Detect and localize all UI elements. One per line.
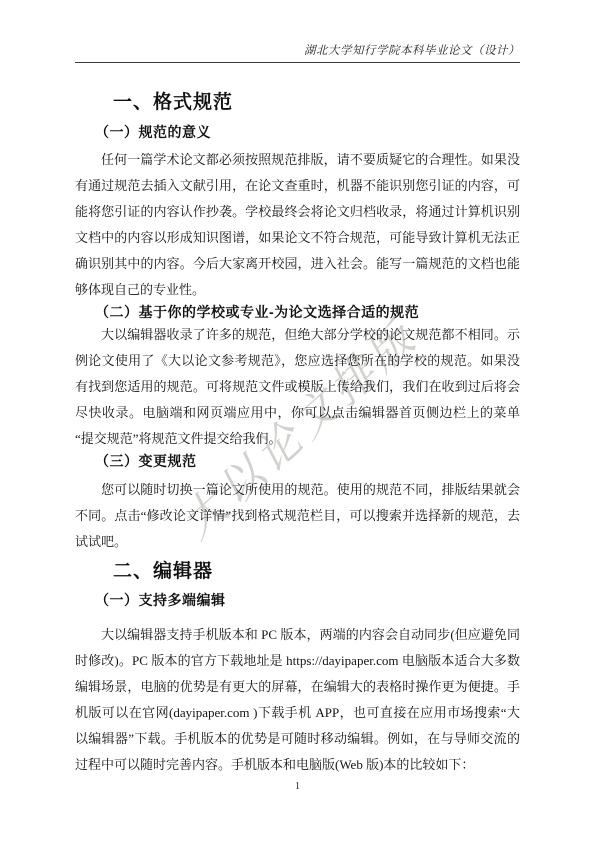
paragraph-change-spec: 您可以随时切换一篇论文所使用的规范。使用的规范不同，排版结果就会不同。点击“修改…: [75, 477, 520, 555]
page-number: 1: [295, 781, 300, 792]
heading-format-spec: 一、格式规范: [75, 91, 520, 115]
paragraph-spec-meaning: 任何一篇学术论文都必须按照规范排版，请不要质疑它的合理性。如果没有通过规范去插入…: [75, 147, 520, 303]
subheading-choose-spec: （二）基于你的学校或专业-为论文选择合适的规范: [75, 303, 520, 322]
paragraph-choose-spec: 大以编辑器收录了许多的规范，但绝大部分学校的论文规范都不相同。示例论文使用了《大…: [75, 322, 520, 452]
page-header: 湖北大学知行学院本科毕业论文（设计）: [75, 0, 520, 63]
page-footer: 1: [0, 776, 595, 794]
header-title: 湖北大学知行学院本科毕业论文（设计）: [304, 43, 520, 57]
heading-editor: 二、编辑器: [75, 560, 520, 584]
document-content: 湖北大学知行学院本科毕业论文（设计） 一、格式规范 （一）规范的意义 任何一篇学…: [75, 0, 520, 778]
subheading-multi-device-edit: （一）支持多端编辑: [75, 591, 520, 610]
subheading-spec-meaning: （一）规范的意义: [75, 123, 520, 142]
subheading-change-spec: （三）变更规范: [75, 452, 520, 471]
document-page: 大以论文排版 湖北大学知行学院本科毕业论文（设计） 一、格式规范 （一）规范的意…: [0, 0, 595, 842]
paragraph-multi-device-edit: 大以编辑器支持手机版本和 PC 版本，两端的内容会自动同步(但应避免同时修改)。…: [75, 622, 520, 778]
